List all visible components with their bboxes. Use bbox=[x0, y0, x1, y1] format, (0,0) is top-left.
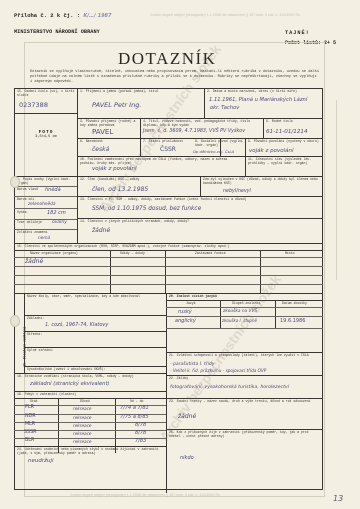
field-22-label: 22. Záliby bbox=[169, 377, 188, 381]
marks-label: Zvláštní znamení bbox=[17, 231, 48, 235]
field-3-label: 3. Původní příjmení (rodné) a kdy změna … bbox=[80, 120, 138, 127]
field-15-value[interactable]: 0237388 bbox=[19, 101, 48, 109]
field-21-label: 21. Zvláštní schopnosti a předpoklady (t… bbox=[169, 354, 319, 358]
org-col-function: Zastávaná funkce bbox=[195, 252, 226, 256]
field-18-value[interactable]: základní (stranický ekvivalent) bbox=[30, 381, 110, 387]
org-col-dates: Odkdy – dokdy bbox=[120, 252, 145, 256]
attachment-ref: K/…/ 1987 bbox=[83, 13, 111, 19]
org-row-1-name[interactable]: žádné bbox=[25, 258, 43, 265]
field-14-label: 14. Členství v jiných politických straná… bbox=[80, 220, 320, 224]
punch-hole-top bbox=[10, 176, 20, 188]
field-25-value[interactable]: nikdo bbox=[180, 455, 194, 461]
abroad-row-2-reason[interactable]: rekreace bbox=[73, 415, 91, 420]
lang-row-2-date[interactable]: 19.6.1986 bbox=[280, 318, 305, 324]
field-18-label: 18. Stranické vzdělání (stranická škola,… bbox=[17, 375, 165, 379]
field-5-value[interactable]: 61-11-01/1214 bbox=[266, 129, 308, 135]
field-10-label: 10. Poslední zaměstnání před nástupem do… bbox=[80, 158, 242, 165]
field-15-org-label: 15. Členství ve společenských organizací… bbox=[17, 245, 317, 249]
field-9-value[interactable]: voják z povolání bbox=[249, 148, 293, 154]
secret-marking: TAJNÉ! bbox=[285, 30, 310, 36]
abroad-row-4-reason[interactable]: rekreace bbox=[73, 431, 91, 436]
abroad-row-3-dates[interactable]: 8/78 bbox=[135, 422, 146, 428]
education-basic-label: Základní: bbox=[27, 317, 44, 321]
punch-hole-bottom bbox=[10, 315, 20, 327]
field-6-label: 6. Národnost bbox=[80, 140, 103, 144]
hair-value[interactable]: hnědá bbox=[45, 187, 61, 193]
education-basic-value[interactable]: 1. cozš, 1967-74, Klatovy bbox=[45, 322, 108, 328]
abroad-row-2-state[interactable]: NDR bbox=[25, 414, 36, 419]
field-19-label: 19. Pobyt v zahraničí (vlastní) bbox=[17, 393, 76, 397]
abroad-row-3-state[interactable]: MLR bbox=[25, 422, 35, 427]
field-2-label: 2. Datum a místo narození, okres (v širš… bbox=[207, 90, 321, 94]
height-value[interactable]: 182 cm bbox=[47, 210, 66, 216]
field-14-value[interactable]: žádné bbox=[92, 227, 110, 234]
field-8-value[interactable]: Dp dělnicko-voj. ČsLA bbox=[193, 149, 234, 154]
field-6-value[interactable]: česká bbox=[92, 146, 109, 153]
photo-placeholder: FOTO 3,5×4,5 cm bbox=[20, 130, 72, 139]
eyes-value[interactable]: zelenohnědá bbox=[28, 202, 56, 207]
field-24-label: 24. Udržování osobních nebo písemných st… bbox=[17, 448, 165, 455]
field-5-label: 5. Rodné číslo bbox=[266, 120, 321, 124]
field-3-value[interactable]: PAVEL bbox=[92, 128, 113, 136]
abroad-row-1-state[interactable]: PLR bbox=[25, 405, 34, 410]
lang-col-language: Jazyk bbox=[186, 302, 196, 306]
lang-col-date: Datum zkoušky bbox=[282, 302, 307, 306]
field-12b-label: Zda byl vyloučen v KSČ (důvod, odkdy a d… bbox=[203, 178, 321, 185]
height-label: Výška bbox=[17, 211, 27, 215]
abroad-col-dates: Od – do bbox=[130, 400, 143, 404]
face-value[interactable]: oválný bbox=[52, 220, 67, 225]
abroad-row-4-state[interactable]: SSSR bbox=[24, 430, 36, 435]
marks-value[interactable]: nemá bbox=[38, 236, 50, 241]
education-full-secondary-label: Úplné střední: bbox=[27, 349, 54, 353]
lang-row-1-language[interactable]: ruský bbox=[178, 309, 192, 315]
photo-size: 3,5×4,5 cm bbox=[20, 135, 72, 139]
field-8-label: 8. Sociální původ (vyplní kádr. orgán) bbox=[195, 140, 243, 147]
field-20-label: 20. Znalost cizích jazyků bbox=[169, 295, 217, 299]
page-number: 13 bbox=[333, 494, 343, 503]
education-secondary-label: Střední: bbox=[27, 333, 42, 337]
field-25-label: 25. Kdo z příbuzných žije v zahraničí (p… bbox=[169, 431, 319, 438]
field-2-value-line2[interactable]: okr. Tachov bbox=[210, 105, 239, 111]
field-24-value[interactable]: neudržuji bbox=[28, 458, 54, 464]
org-col-name: Název organizace (orgánu) bbox=[30, 252, 78, 256]
education-header: Název školy, obor, směr, specializace, k… bbox=[27, 295, 140, 299]
field-12b-value[interactable]: nebyl/nevyl bbox=[223, 189, 251, 194]
abroad-row-1-reason[interactable]: rekreace bbox=[73, 406, 91, 411]
field-9-label: 9. Původní povolání (vyučený v oboru) bbox=[248, 140, 320, 144]
abroad-row-5-reason[interactable]: rekreace bbox=[73, 439, 91, 444]
field-1-value[interactable]: PAVEL Petr Ing. bbox=[92, 101, 141, 109]
field-2-value[interactable]: 1.11.1961, Planá u Mariánských Lázní bbox=[209, 97, 307, 103]
education-university-label: Vysokoškolské (uvést i absolvování VKVŠ)… bbox=[27, 368, 105, 372]
right-edge-stamp bbox=[336, 100, 345, 280]
attachment-label: Příloha č. 2 k čj. : bbox=[14, 12, 80, 19]
field-5b-label: 5. Popis osoby (Vyplní kádr. orgán) bbox=[17, 178, 75, 185]
ministry-name: MINISTERSTVO NÁRODNÍ OBRANY bbox=[14, 29, 100, 35]
org-col-place: Místo bbox=[285, 252, 295, 256]
face-label: Tvar obličeje bbox=[17, 221, 42, 225]
abroad-row-5-dates[interactable]: 7/83 bbox=[135, 438, 146, 444]
abroad-row-2-dates[interactable]: 7/75 a 8/85 bbox=[120, 414, 149, 420]
abroad-row-3-reason[interactable]: rekreace bbox=[73, 423, 91, 428]
attachment-line: Příloha č. 2 k čj. : K/…/ 1987 bbox=[14, 12, 112, 19]
field-7-value[interactable]: ČSSR bbox=[160, 146, 176, 153]
declassification-stamp-bottom: Zrušen stupeň utajení (neutajován) 1.1.2… bbox=[70, 493, 221, 497]
lang-row-2-language[interactable]: anglický bbox=[175, 318, 196, 324]
abroad-row-5-state[interactable]: BLR bbox=[25, 438, 34, 443]
hair-label: Barva vlasů bbox=[17, 188, 38, 192]
abroad-row-1-dates[interactable]: 7/74 a 7/81 bbox=[120, 405, 149, 411]
field-15-label: 15. Osobní číslo (vo), v širší složce bbox=[17, 90, 75, 97]
field-11-label: 11. Zdravotní stav (výsledek lék. prohlí… bbox=[248, 158, 320, 165]
abroad-col-reason: Důvod bbox=[80, 400, 90, 404]
declassification-stamp-top: Zrušen stupeň utajení (neutajován) 1.1.2… bbox=[150, 13, 301, 17]
abroad-row-4-dates[interactable]: 8/78 bbox=[135, 430, 146, 436]
abroad-col-state: Stát bbox=[30, 400, 38, 404]
instructions: Dotazník se vyplňuje vlastnoručně, čitel… bbox=[30, 70, 320, 85]
